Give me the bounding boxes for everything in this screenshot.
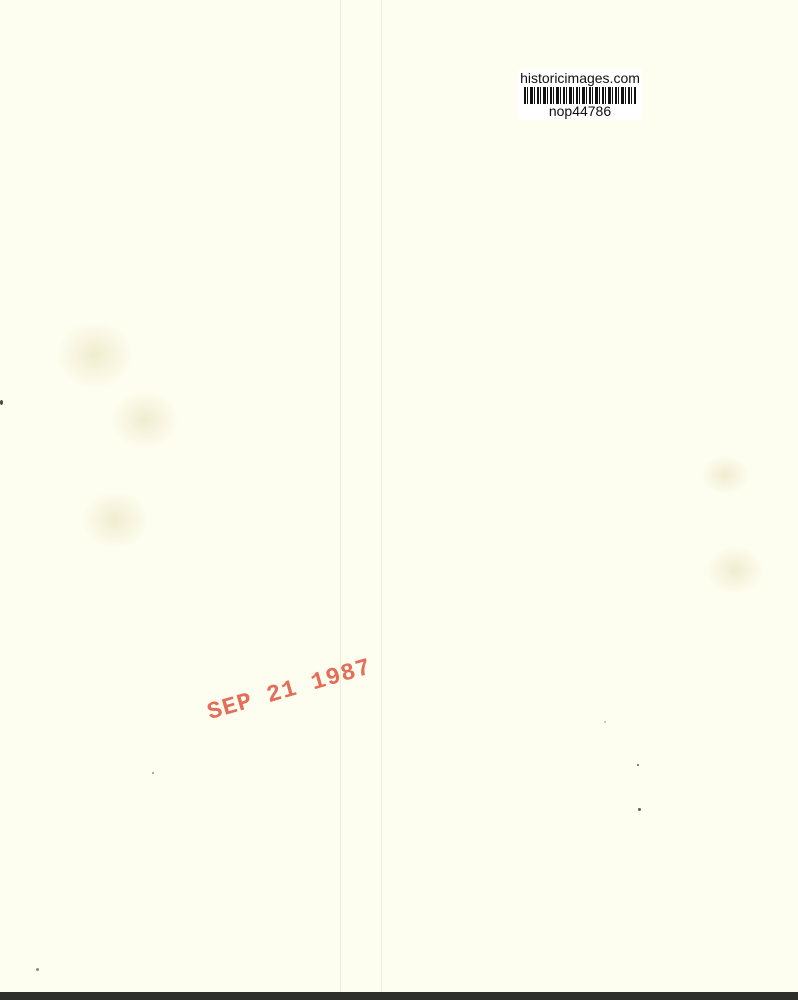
photo-back-paper: historicimages.com nop44786 SEP 21 1987: [0, 0, 798, 992]
barcode-icon: [524, 87, 636, 104]
speck: [637, 764, 639, 766]
archive-label: historicimages.com nop44786: [518, 70, 642, 120]
fold-line: [381, 0, 382, 992]
stain: [705, 545, 765, 595]
stain: [700, 455, 750, 495]
speck: [604, 721, 606, 723]
fold-line: [340, 0, 341, 992]
speck: [638, 808, 641, 811]
speck: [36, 968, 39, 971]
label-site: historicimages.com: [518, 71, 642, 86]
date-stamp: SEP 21 1987: [205, 654, 375, 727]
stain: [55, 320, 135, 390]
speck: [0, 400, 3, 405]
stain: [80, 490, 150, 550]
scan-bottom-edge: [0, 992, 798, 1000]
label-code: nop44786: [518, 104, 642, 119]
stain: [110, 390, 180, 450]
speck: [152, 772, 154, 774]
